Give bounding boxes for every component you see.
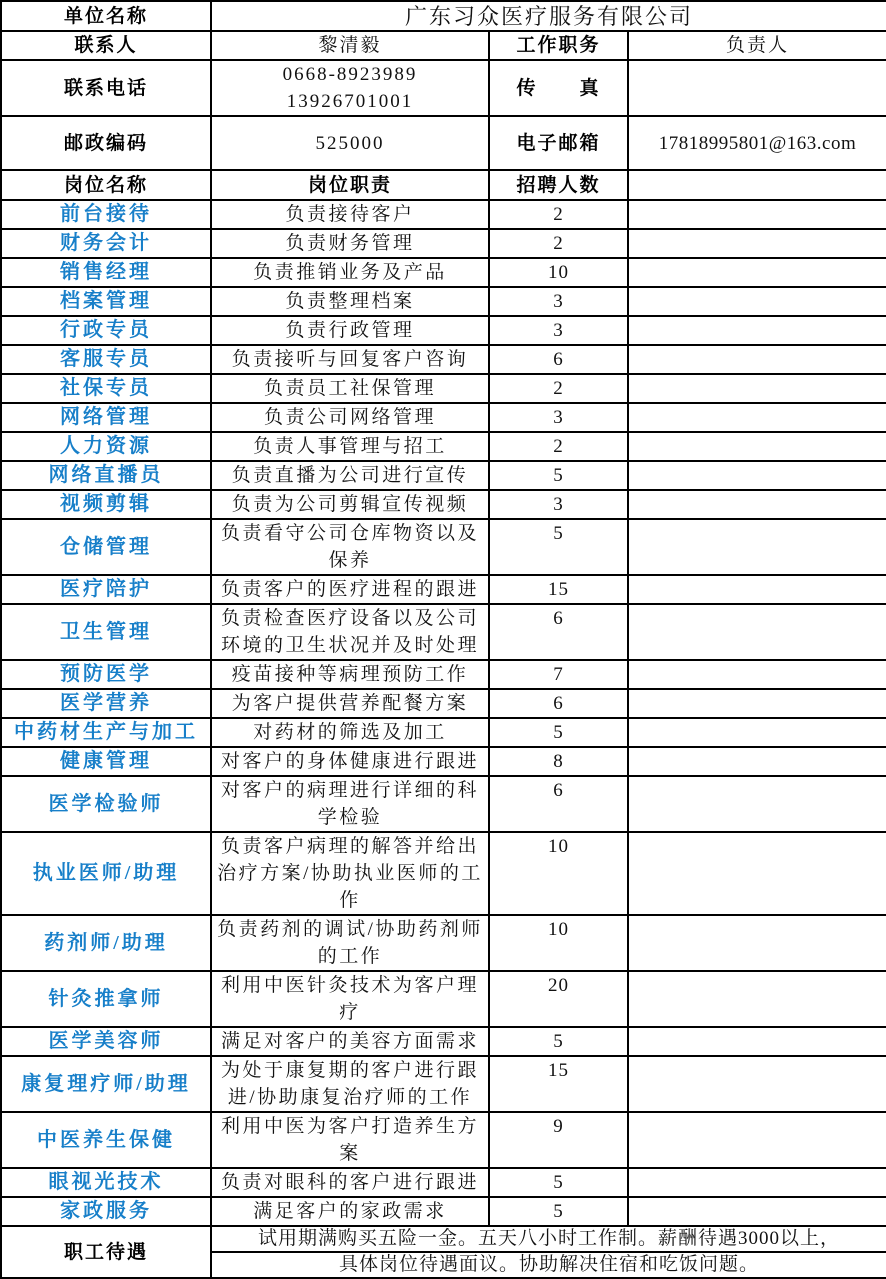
position-duty: 负责药剂的调试/协助药剂师的工作 bbox=[211, 915, 489, 971]
position-row: 中药材生产与加工 对药材的筛选及加工 5 bbox=[1, 718, 886, 747]
position-duty: 满足客户的家政需求 bbox=[211, 1197, 489, 1226]
position-count: 3 bbox=[489, 403, 628, 432]
row-unit-name: 单位名称 广东习众医疗服务有限公司 bbox=[1, 1, 886, 31]
fax-value-cell bbox=[628, 60, 886, 116]
position-duty: 负责对眼科的客户进行跟进 bbox=[211, 1168, 489, 1197]
position-name-header: 岗位名称 bbox=[1, 170, 211, 200]
position-empty-cell bbox=[628, 258, 886, 287]
row-contact: 联系人 黎清毅 工作职务 负责人 bbox=[1, 31, 886, 60]
position-count: 5 bbox=[489, 1027, 628, 1056]
position-name: 销售经理 bbox=[1, 258, 211, 287]
position-name: 医学营养 bbox=[1, 689, 211, 718]
position-count: 2 bbox=[489, 200, 628, 229]
position-duty: 负责整理档案 bbox=[211, 287, 489, 316]
position-row: 中医养生保健 利用中医为客户打造养生方案 9 bbox=[1, 1112, 886, 1168]
position-duty: 对药材的筛选及加工 bbox=[211, 718, 489, 747]
position-duty: 疫苗接种等病理预防工作 bbox=[211, 660, 489, 689]
position-duty: 负责客户的医疗进程的跟进 bbox=[211, 575, 489, 604]
position-count: 15 bbox=[489, 1056, 628, 1112]
position-row: 医学检验师 对客户的病理进行详细的科学检验 6 bbox=[1, 776, 886, 832]
position-duty: 利用中医针灸技术为客户理疗 bbox=[211, 971, 489, 1027]
position-duty: 负责看守公司仓库物资以及保养 bbox=[211, 519, 489, 575]
position-duty: 负责财务管理 bbox=[211, 229, 489, 258]
phone-value-cell: 0668-8923989 13926701001 bbox=[211, 60, 489, 116]
position-row: 眼视光技术 负责对眼科的客户进行跟进 5 bbox=[1, 1168, 886, 1197]
position-empty-cell bbox=[628, 1112, 886, 1168]
position-row: 针灸推拿师 利用中医针灸技术为客户理疗 20 bbox=[1, 971, 886, 1027]
position-name: 前台接待 bbox=[1, 200, 211, 229]
position-empty-cell bbox=[628, 287, 886, 316]
position-duty: 为处于康复期的客户进行跟进/协助康复治疗师的工作 bbox=[211, 1056, 489, 1112]
position-row: 网络直播员 负责直播为公司进行宣传 5 bbox=[1, 461, 886, 490]
position-row: 前台接待 负责接待客户 2 bbox=[1, 200, 886, 229]
position-empty-cell bbox=[628, 490, 886, 519]
position-name: 执业医师/助理 bbox=[1, 832, 211, 915]
position-duty: 满足对客户的美容方面需求 bbox=[211, 1027, 489, 1056]
position-count-header: 招聘人数 bbox=[489, 170, 628, 200]
position-count: 3 bbox=[489, 287, 628, 316]
position-empty-cell bbox=[628, 345, 886, 374]
position-count: 9 bbox=[489, 1112, 628, 1168]
position-count: 5 bbox=[489, 519, 628, 575]
position-count: 10 bbox=[489, 258, 628, 287]
position-row: 销售经理 负责推销业务及产品 10 bbox=[1, 258, 886, 287]
position-name: 医疗陪护 bbox=[1, 575, 211, 604]
position-count: 2 bbox=[489, 432, 628, 461]
position-name: 家政服务 bbox=[1, 1197, 211, 1226]
row-postal-email: 邮政编码 525000 电子邮箱 17818995801@163.com bbox=[1, 116, 886, 170]
position-count: 5 bbox=[489, 1168, 628, 1197]
position-row: 医疗陪护 负责客户的医疗进程的跟进 15 bbox=[1, 575, 886, 604]
position-name: 卫生管理 bbox=[1, 604, 211, 660]
welfare-line-2: 具体岗位待遇面议。协助解决住宿和吃饭问题。 bbox=[211, 1252, 886, 1278]
welfare-line-1: 试用期满购买五险一金。五天八小时工作制。薪酬待遇3000以上， bbox=[211, 1226, 886, 1252]
postal-value: 525000 bbox=[211, 116, 489, 170]
position-count: 6 bbox=[489, 689, 628, 718]
position-duty: 对客户的病理进行详细的科学检验 bbox=[211, 776, 489, 832]
position-duty-header: 岗位职责 bbox=[211, 170, 489, 200]
position-empty-cell bbox=[628, 374, 886, 403]
welfare-label: 职工待遇 bbox=[1, 1226, 211, 1278]
position-name: 医学美容师 bbox=[1, 1027, 211, 1056]
position-duty: 负责检查医疗设备以及公司环境的卫生状况并及时处理 bbox=[211, 604, 489, 660]
position-row: 卫生管理 负责检查医疗设备以及公司环境的卫生状况并及时处理 6 bbox=[1, 604, 886, 660]
position-count: 3 bbox=[489, 316, 628, 345]
phone-line-1: 0668-8923989 bbox=[212, 61, 488, 88]
position-count: 3 bbox=[489, 490, 628, 519]
email-value: 17818995801@163.com bbox=[628, 116, 886, 170]
position-row: 网络管理 负责公司网络管理 3 bbox=[1, 403, 886, 432]
position-empty-cell bbox=[628, 1027, 886, 1056]
position-count: 15 bbox=[489, 575, 628, 604]
position-empty-cell bbox=[628, 604, 886, 660]
position-row: 档案管理 负责整理档案 3 bbox=[1, 287, 886, 316]
positions-section: 前台接待 负责接待客户 2 财务会计 负责财务管理 2 销售经理 负责推销业务及… bbox=[1, 200, 886, 1226]
postal-label: 邮政编码 bbox=[1, 116, 211, 170]
position-name: 人力资源 bbox=[1, 432, 211, 461]
position-name: 档案管理 bbox=[1, 287, 211, 316]
row-phone-fax: 联系电话 0668-8923989 13926701001 传 真 bbox=[1, 60, 886, 116]
position-empty-cell bbox=[628, 461, 886, 490]
unit-name-label: 单位名称 bbox=[1, 1, 211, 31]
position-empty-cell bbox=[628, 971, 886, 1027]
position-name: 行政专员 bbox=[1, 316, 211, 345]
position-empty-cell bbox=[628, 1056, 886, 1112]
position-empty-cell bbox=[628, 660, 886, 689]
welfare-section: 职工待遇 试用期满购买五险一金。五天八小时工作制。薪酬待遇3000以上， 具体岗… bbox=[1, 1226, 886, 1278]
position-duty: 负责为公司剪辑宣传视频 bbox=[211, 490, 489, 519]
contact-value: 黎清毅 bbox=[211, 31, 489, 60]
position-duty: 负责员工社保管理 bbox=[211, 374, 489, 403]
position-name: 仓储管理 bbox=[1, 519, 211, 575]
position-row: 家政服务 满足客户的家政需求 5 bbox=[1, 1197, 886, 1226]
position-empty-cell bbox=[628, 200, 886, 229]
position-duty: 负责客户病理的解答并给出治疗方案/协助执业医师的工作 bbox=[211, 832, 489, 915]
position-name: 康复理疗师/助理 bbox=[1, 1056, 211, 1112]
position-count: 5 bbox=[489, 461, 628, 490]
position-duty: 为客户提供营养配餐方案 bbox=[211, 689, 489, 718]
position-empty-cell bbox=[628, 1168, 886, 1197]
position-count: 10 bbox=[489, 832, 628, 915]
row-positions-header: 岗位名称 岗位职责 招聘人数 bbox=[1, 170, 886, 200]
position-row: 医学营养 为客户提供营养配餐方案 6 bbox=[1, 689, 886, 718]
position-count: 20 bbox=[489, 971, 628, 1027]
position-row: 医学美容师 满足对客户的美容方面需求 5 bbox=[1, 1027, 886, 1056]
recruitment-table: 单位名称 广东习众医疗服务有限公司 联系人 黎清毅 工作职务 负责人 联系电话 … bbox=[0, 0, 886, 1279]
position-row: 药剂师/助理 负责药剂的调试/协助药剂师的工作 10 bbox=[1, 915, 886, 971]
position-empty-cell bbox=[628, 316, 886, 345]
position-name: 预防医学 bbox=[1, 660, 211, 689]
position-name: 客服专员 bbox=[1, 345, 211, 374]
position-row: 预防医学 疫苗接种等病理预防工作 7 bbox=[1, 660, 886, 689]
position-name: 网络直播员 bbox=[1, 461, 211, 490]
position-name: 医学检验师 bbox=[1, 776, 211, 832]
position-empty-cell bbox=[628, 776, 886, 832]
position-duty: 利用中医为客户打造养生方案 bbox=[211, 1112, 489, 1168]
position-name: 健康管理 bbox=[1, 747, 211, 776]
position-count: 6 bbox=[489, 604, 628, 660]
position-name: 财务会计 bbox=[1, 229, 211, 258]
row-welfare-1: 职工待遇 试用期满购买五险一金。五天八小时工作制。薪酬待遇3000以上， bbox=[1, 1226, 886, 1252]
position-empty-cell bbox=[628, 575, 886, 604]
position-count: 2 bbox=[489, 374, 628, 403]
position-count: 6 bbox=[489, 345, 628, 374]
phone-label: 联系电话 bbox=[1, 60, 211, 116]
position-empty-cell bbox=[628, 689, 886, 718]
positions-header-empty-cell bbox=[628, 170, 886, 200]
position-row: 视频剪辑 负责为公司剪辑宣传视频 3 bbox=[1, 490, 886, 519]
position-empty-cell bbox=[628, 519, 886, 575]
position-count: 5 bbox=[489, 718, 628, 747]
position-duty: 负责行政管理 bbox=[211, 316, 489, 345]
position-count: 10 bbox=[489, 915, 628, 971]
position-duty: 负责公司网络管理 bbox=[211, 403, 489, 432]
job-title-value: 负责人 bbox=[628, 31, 886, 60]
position-count: 8 bbox=[489, 747, 628, 776]
position-duty: 对客户的身体健康进行跟进 bbox=[211, 747, 489, 776]
position-count: 7 bbox=[489, 660, 628, 689]
position-empty-cell bbox=[628, 229, 886, 258]
position-empty-cell bbox=[628, 718, 886, 747]
position-empty-cell bbox=[628, 432, 886, 461]
position-name: 社保专员 bbox=[1, 374, 211, 403]
position-row: 健康管理 对客户的身体健康进行跟进 8 bbox=[1, 747, 886, 776]
position-duty: 负责直播为公司进行宣传 bbox=[211, 461, 489, 490]
position-row: 社保专员 负责员工社保管理 2 bbox=[1, 374, 886, 403]
position-count: 5 bbox=[489, 1197, 628, 1226]
position-duty: 负责接听与回复客户咨询 bbox=[211, 345, 489, 374]
position-empty-cell bbox=[628, 403, 886, 432]
position-name: 网络管理 bbox=[1, 403, 211, 432]
position-name: 药剂师/助理 bbox=[1, 915, 211, 971]
fax-label: 传 真 bbox=[489, 60, 628, 116]
position-empty-cell bbox=[628, 832, 886, 915]
position-duty: 负责推销业务及产品 bbox=[211, 258, 489, 287]
phone-line-2: 13926701001 bbox=[212, 88, 488, 115]
company-info-section: 单位名称 广东习众医疗服务有限公司 联系人 黎清毅 工作职务 负责人 联系电话 … bbox=[1, 1, 886, 200]
position-row: 执业医师/助理 负责客户病理的解答并给出治疗方案/协助执业医师的工作 10 bbox=[1, 832, 886, 915]
position-duty: 负责人事管理与招工 bbox=[211, 432, 489, 461]
email-label: 电子邮箱 bbox=[489, 116, 628, 170]
company-name: 广东习众医疗服务有限公司 bbox=[211, 1, 886, 31]
position-row: 行政专员 负责行政管理 3 bbox=[1, 316, 886, 345]
position-row: 客服专员 负责接听与回复客户咨询 6 bbox=[1, 345, 886, 374]
job-title-label: 工作职务 bbox=[489, 31, 628, 60]
position-empty-cell bbox=[628, 1197, 886, 1226]
position-name: 针灸推拿师 bbox=[1, 971, 211, 1027]
position-name: 中药材生产与加工 bbox=[1, 718, 211, 747]
position-name: 中医养生保健 bbox=[1, 1112, 211, 1168]
contact-label: 联系人 bbox=[1, 31, 211, 60]
position-name: 视频剪辑 bbox=[1, 490, 211, 519]
position-count: 6 bbox=[489, 776, 628, 832]
position-duty: 负责接待客户 bbox=[211, 200, 489, 229]
position-row: 康复理疗师/助理 为处于康复期的客户进行跟进/协助康复治疗师的工作 15 bbox=[1, 1056, 886, 1112]
position-row: 财务会计 负责财务管理 2 bbox=[1, 229, 886, 258]
position-row: 人力资源 负责人事管理与招工 2 bbox=[1, 432, 886, 461]
position-row: 仓储管理 负责看守公司仓库物资以及保养 5 bbox=[1, 519, 886, 575]
position-name: 眼视光技术 bbox=[1, 1168, 211, 1197]
position-empty-cell bbox=[628, 747, 886, 776]
position-count: 2 bbox=[489, 229, 628, 258]
position-empty-cell bbox=[628, 915, 886, 971]
